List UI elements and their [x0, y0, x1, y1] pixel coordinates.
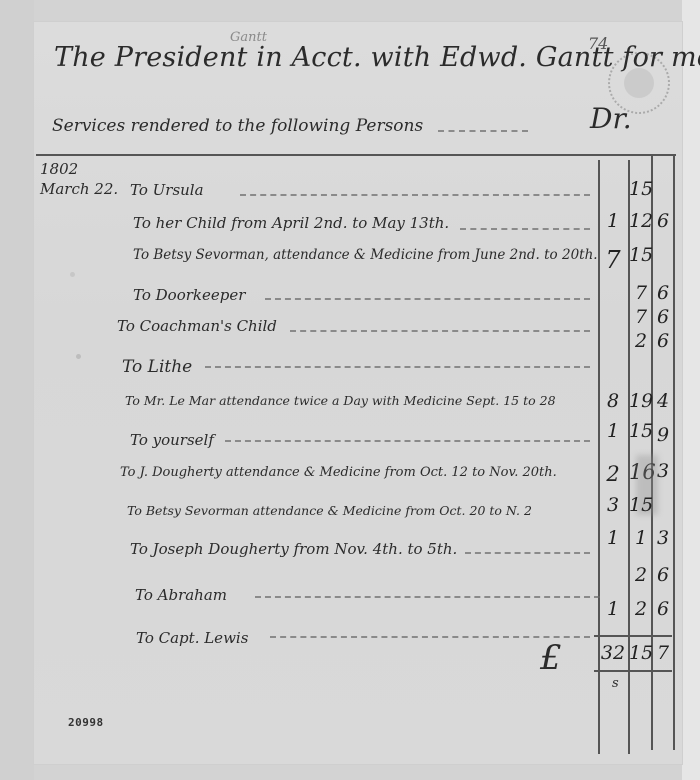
amount-pence: 6 [653, 330, 673, 352]
amount-pounds: 1 [600, 527, 626, 549]
amount-pounds: 1 [600, 210, 626, 232]
entry-description: To Joseph Dougherty from Nov. 4th. to 5t… [130, 540, 457, 558]
entry-description: To Ursula [130, 181, 204, 199]
amount-pounds: 2 [600, 462, 626, 486]
amount-shillings: 7 [629, 282, 653, 304]
entry-description: To Doorkeeper [133, 286, 245, 304]
amount-pence: 4 [653, 390, 673, 412]
leader-dots [465, 552, 590, 554]
stock-number: 20998 [68, 716, 104, 729]
amount-pounds: 1 [600, 598, 626, 620]
scan-right-margin [682, 0, 700, 780]
amount-shillings: 2 [629, 330, 653, 352]
entry-description: To J. Dougherty attendance & Medicine fr… [120, 465, 557, 480]
total-note: s [612, 676, 619, 691]
amount-shillings: 12 [629, 210, 653, 232]
amount-pence: 6 [653, 210, 673, 232]
amount-pounds: 1 [600, 420, 626, 442]
entry-date: March 22. [40, 180, 118, 198]
entry-description: To yourself [130, 431, 214, 449]
amount-shillings: 1 [629, 527, 653, 549]
leader-dots [438, 130, 528, 132]
amount-pence: 3 [653, 527, 673, 549]
amount-pence: 6 [653, 306, 673, 328]
entry-description: To Lithe [122, 357, 192, 377]
total-shillings: 15 [629, 642, 653, 664]
amount-shillings: 7 [629, 306, 653, 328]
leader-dots [290, 330, 590, 332]
paper-spot [76, 354, 81, 359]
amount-shillings: 2 [629, 598, 653, 620]
leader-dots [205, 366, 590, 368]
amount-shillings: 19 [629, 390, 653, 412]
amount-pounds: 7 [600, 246, 626, 274]
header-rule [36, 154, 676, 156]
leader-dots [255, 596, 600, 598]
amount-pounds: 3 [600, 494, 626, 516]
entry-description: To Abraham [135, 586, 227, 604]
leader-dots [265, 298, 590, 300]
total-pence: 7 [653, 642, 673, 664]
leader-dots [225, 440, 590, 442]
amount-pence: 6 [653, 598, 673, 620]
paper-spot [70, 272, 75, 277]
amount-shillings: 15 [629, 494, 653, 516]
entry-year: 1802 [40, 160, 78, 178]
amount-pence: 9 [653, 424, 673, 446]
total-pounds: 32 [598, 642, 628, 664]
entry-description: To Coachman's Child [117, 317, 277, 335]
total-rule-bottom [594, 670, 672, 672]
total-rule-top [594, 635, 672, 637]
pound-sign: £ [540, 638, 562, 678]
entry-description: To Mr. Le Mar attendance twice a Day wit… [125, 393, 556, 408]
entry-description: To Capt. Lewis [136, 629, 248, 647]
amount-shillings: 15 [629, 244, 653, 266]
amount-shillings: 15 [629, 178, 653, 200]
amount-pence: 6 [653, 282, 673, 304]
document-title: The President in Acct. with Edwd. Gantt … [54, 42, 700, 73]
entry-description: To Betsy Sevorman attendance & Medicine … [127, 503, 532, 518]
amount-pence: 6 [653, 564, 673, 586]
debit-flourish: Dr. [590, 102, 632, 135]
scan-left-margin [0, 0, 34, 780]
entry-description: To Betsy Sevorman, attendance & Medicine… [133, 247, 598, 263]
amount-shillings: 2 [629, 564, 653, 586]
amount-pounds: 8 [600, 390, 626, 412]
leader-dots [460, 228, 590, 230]
document-subtitle: Services rendered to the following Perso… [52, 116, 423, 136]
column-rule-right [673, 156, 675, 750]
entry-description: To her Child from April 2nd. to May 13th… [133, 214, 449, 232]
leader-dots [240, 194, 590, 196]
amount-shillings: 15 [629, 420, 653, 442]
